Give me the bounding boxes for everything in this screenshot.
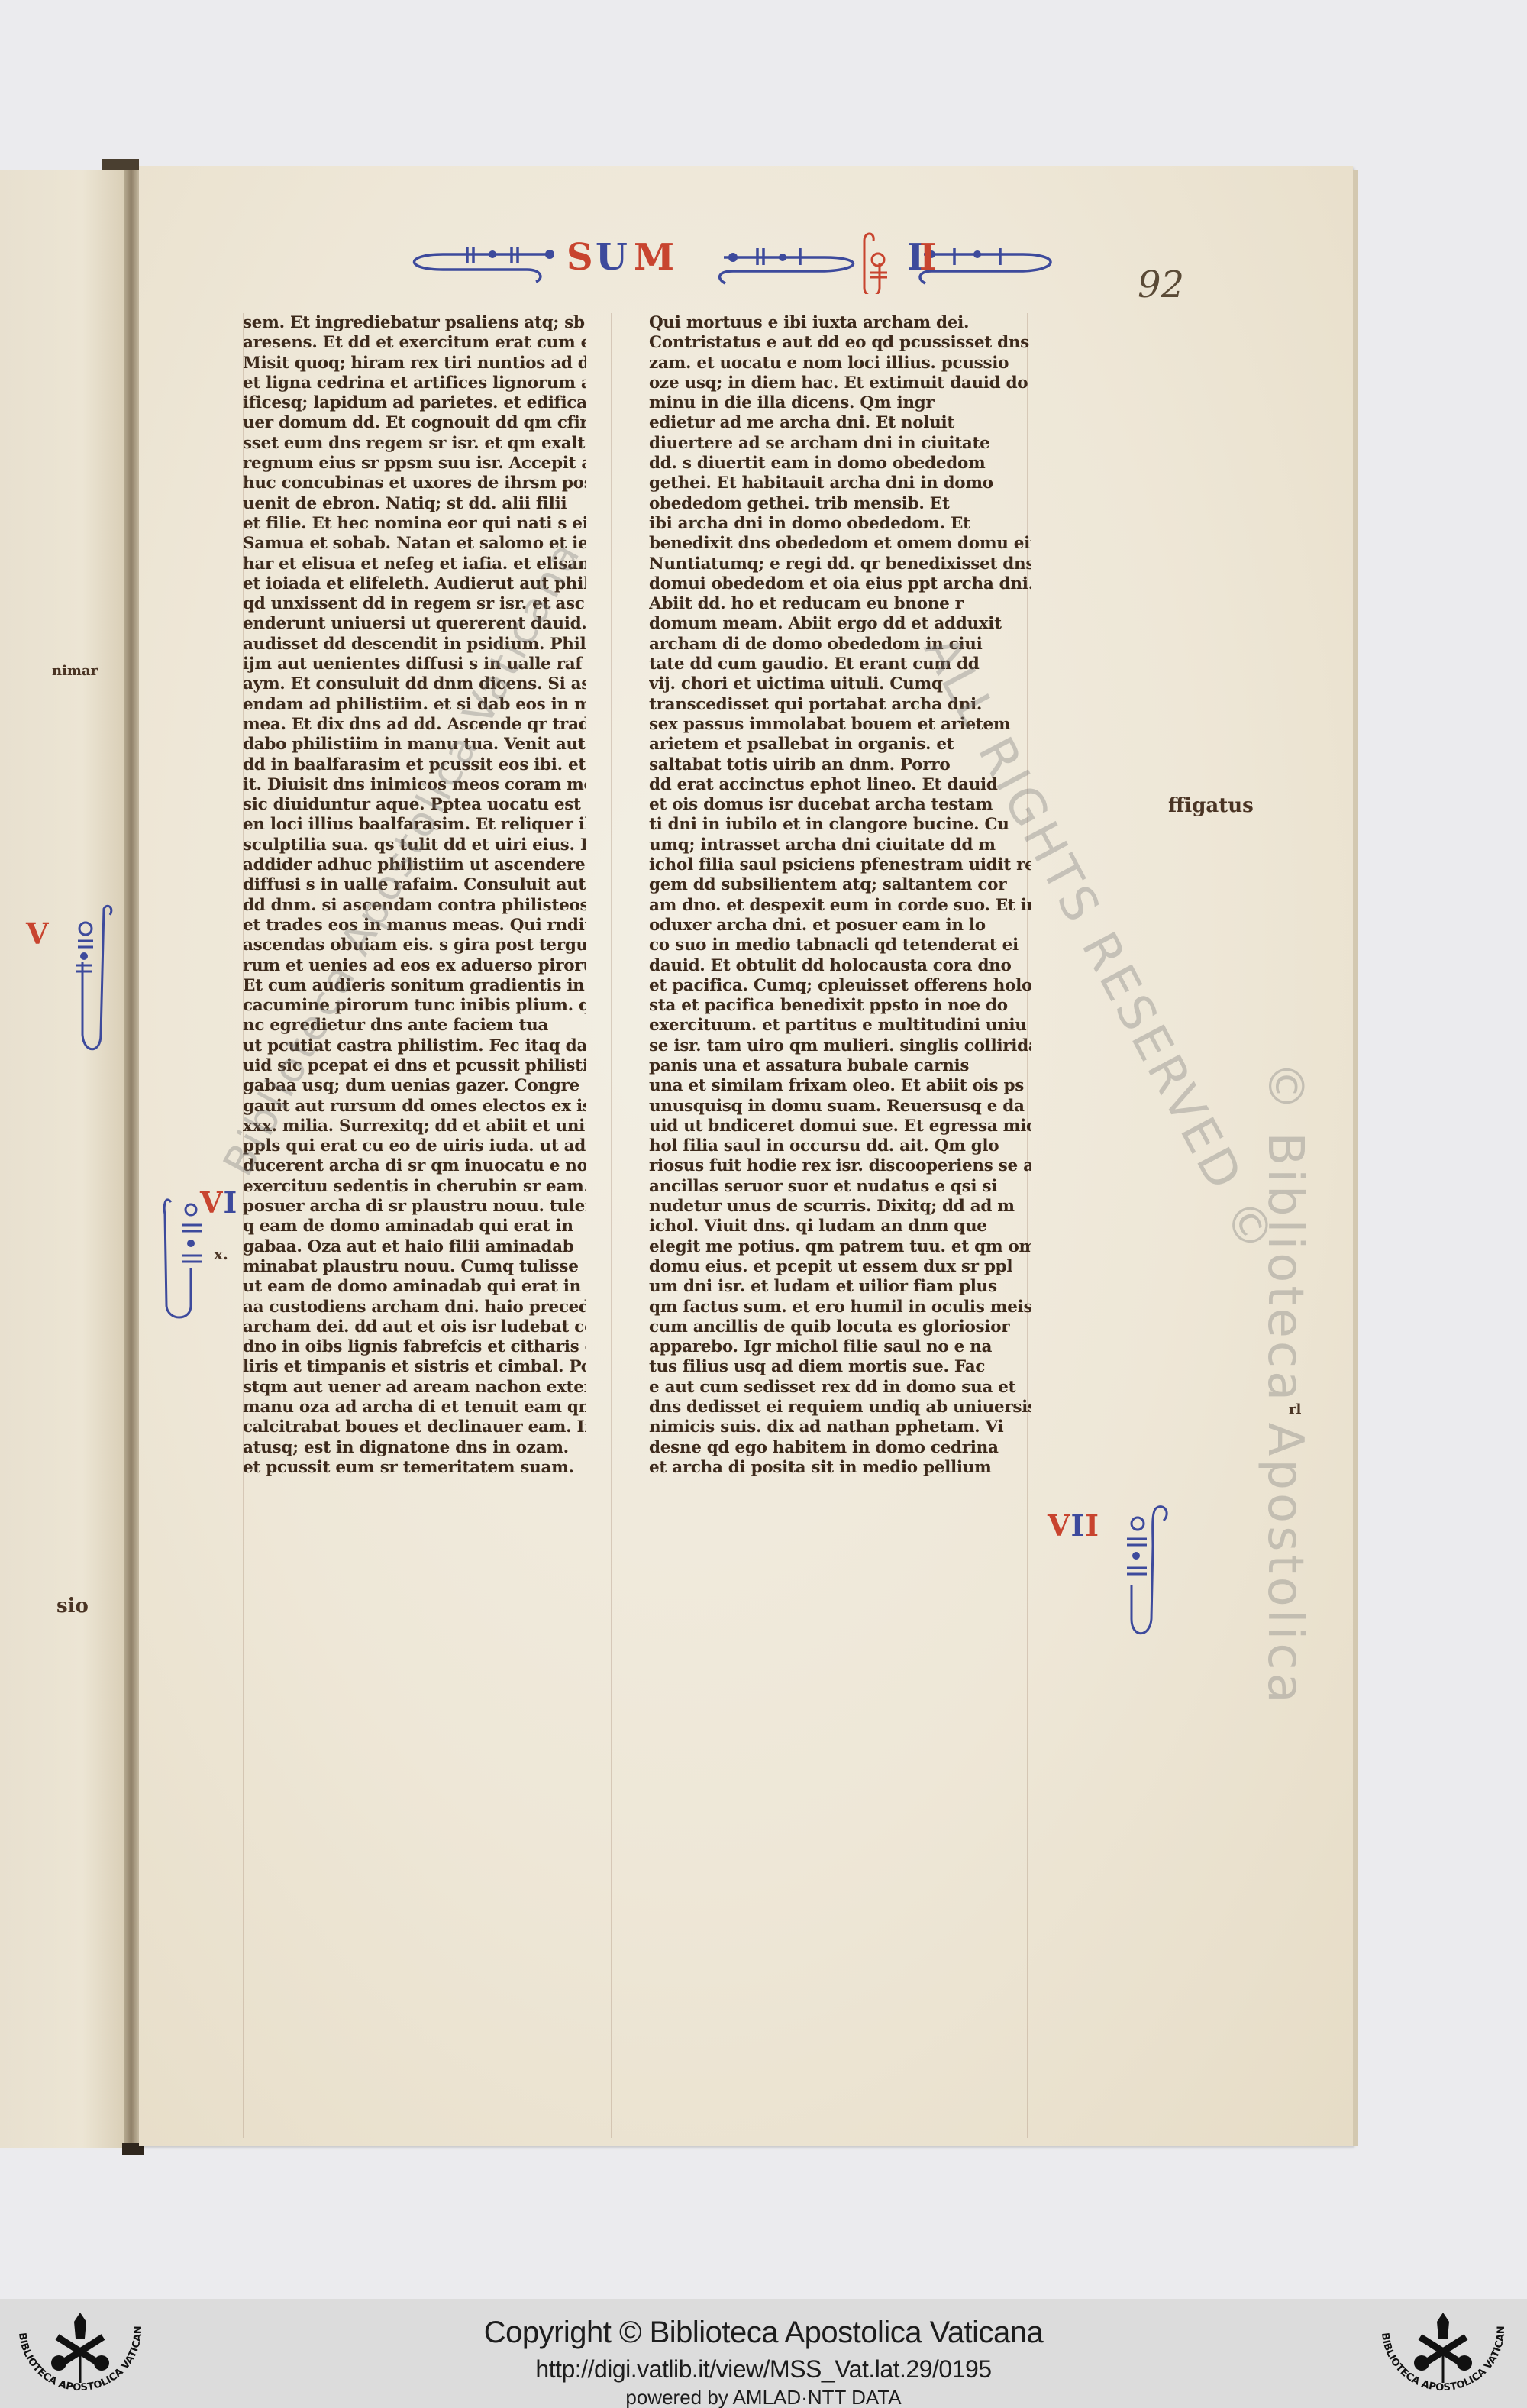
text-line: co suo in medio tabnacli qd tetenderat e… <box>649 936 1031 955</box>
text-line: ibi archa dni in domo obededom. Et <box>649 514 1031 534</box>
text-line: q eam de domo aminadab qui erat in <box>243 1217 586 1236</box>
text-line: se isr. tam uiro qm mulieri. singlis col… <box>649 1036 1031 1056</box>
text-column-left: sem. Et ingrediebatur psaliens atq; sbar… <box>243 313 586 1478</box>
text-line: aa custodiens archam dni. haio precedeba <box>243 1298 586 1317</box>
text-line: Et cum audieris sonitum gradientis in <box>243 976 586 996</box>
ruling-line <box>611 313 612 2138</box>
text-line: domu eius. et pcepit ut essem dux sr ppl <box>649 1257 1031 1277</box>
flourish-icon <box>1121 1501 1174 1638</box>
text-line: benedixit dns obededom et omem domu eius <box>649 534 1031 554</box>
header-text-su: S <box>567 236 593 279</box>
text-line: ichol. Viuit dns. qi ludam an dnm que <box>649 1217 1031 1236</box>
text-line: Qui mortuus e ibi iuxta archam dei. <box>649 313 1031 333</box>
text-line: um dni isr. et ludam et uilior fiam plus <box>649 1277 1031 1297</box>
text-line: nudetur unus de scurris. Dixitq; dd ad m <box>649 1197 1031 1217</box>
text-line: unusquisq in domu suam. Reuersusq e da <box>649 1097 1031 1117</box>
text-line: umq; intrasset archa dni ciuitate dd m <box>649 836 1031 855</box>
text-line: dd. s diuertit eam in domo obededom <box>649 454 1031 474</box>
text-line: cum ancillis de quib locuta es gloriosio… <box>649 1317 1031 1337</box>
text-line: posuer archa di sr plaustru nouu. tuler <box>243 1197 586 1217</box>
text-line: huc concubinas et uxores de ihrsm postqm <box>243 474 586 493</box>
text-line: et pcussit eum sr temeritatem suam. <box>243 1458 586 1478</box>
manuscript-viewer: nimar sio V <box>0 0 1527 2299</box>
text-line: e aut cum sedisset rex dd in domo sua et <box>649 1378 1031 1398</box>
text-line: dns dedisset ei requiem undiq ab uniuers… <box>649 1398 1031 1417</box>
text-line: elegit me potius. qm patrem tuu. et qm o… <box>649 1237 1031 1257</box>
left-page-note: sio <box>56 1595 89 1618</box>
text-line: et ligna cedrina et artifices lignorum a… <box>243 373 586 393</box>
margin-mark: x. <box>214 1245 228 1263</box>
text-line: exercituu sedentis in cherubin sr eam. E… <box>243 1177 586 1197</box>
text-line: Nuntiatumq; e regi dd. qr benedixisset d… <box>649 554 1031 574</box>
text-line: gabaa. Oza aut et haio filii aminadab <box>243 1237 586 1257</box>
text-line: ascendas obuiam eis. s gira post tergum … <box>243 936 586 955</box>
folio-number: 92 <box>1138 263 1184 306</box>
right-margin-note: ffigatus <box>1168 794 1254 817</box>
chapter-number-vii: VII <box>1048 1508 1099 1543</box>
ruling-line <box>638 313 638 2138</box>
text-line: gethei. Et habitauit archa dni in domo <box>649 474 1031 493</box>
text-line: uer domum dd. Et cognouit dd qm cfirma <box>243 413 586 433</box>
text-line: ducerent archa di sr qm inuocatu e nome <box>243 1156 586 1176</box>
text-line: riosus fuit hodie rex isr. discooperiens… <box>649 1156 1031 1176</box>
vatican-library-logo-icon: BIBLIOTECA APOSTOLICA VATICANA <box>4 2306 157 2406</box>
text-line: et pacifica. Cumq; cpleuisset offerens h… <box>649 976 1031 996</box>
text-line: panis una et assatura bubale carnis <box>649 1056 1031 1076</box>
text-line: dauid. Et obtulit dd holocausta cora dno <box>649 956 1031 976</box>
text-line: tus filius usq ad diem mortis sue. Fac <box>649 1357 1031 1377</box>
text-line: dd erat accinctus ephot lineo. Et dauid <box>649 775 1031 795</box>
text-line: ppls qui erat cu eo de uiris iuda. ut ad <box>243 1136 586 1156</box>
text-line: Misit quoq; hiram rex tiri nuntios ad da… <box>243 354 586 373</box>
copyright-footer: Copyright © Biblioteca Apostolica Vatica… <box>0 2299 1527 2408</box>
text-line: liris et timpanis et sistris et cimbal. … <box>243 1357 586 1377</box>
text-line: sta et pacifica benedixit ppsto in noe d… <box>649 996 1031 1016</box>
text-line: oze usq; in diem hac. Et extimuit dauid … <box>649 373 1031 393</box>
text-line: sem. Et ingrediebatur psaliens atq; sb <box>243 313 586 333</box>
svg-text:U: U <box>596 236 628 279</box>
text-line: atusq; est in dignatone dns in ozam. <box>243 1438 586 1458</box>
running-header: S U M I I <box>397 225 1069 294</box>
text-line: et ois domus isr ducebat archa testam <box>649 795 1031 815</box>
text-line: apparebo. Igr michol filie saul no e na <box>649 1337 1031 1357</box>
text-line: diuertere ad se archam dni in ciuitate <box>649 434 1031 454</box>
text-line: zam. et uocatu e nom loci illius. pcussi… <box>649 354 1031 373</box>
text-line: oduxer archa dni. et posuer eam in lo <box>649 916 1031 936</box>
text-line: et trades eos in manus meas. Qui rndit. … <box>243 916 586 936</box>
svg-text:I: I <box>919 236 936 279</box>
text-line: sset eum dns regem sr isr. et qm exaltas… <box>243 434 586 454</box>
text-line: Samua et sobab. Natan et salomo et ieb <box>243 534 586 554</box>
text-line: domum meam. Abiit ergo dd et adduxit <box>649 614 1031 634</box>
text-line: dno in oibs lignis fabrefcis et citharis… <box>243 1337 586 1357</box>
vatican-library-logo-icon: BIBLIOTECA APOSTOLICA VATICANA <box>1367 2306 1519 2406</box>
text-line: uenit de ebron. Natiq; st dd. alii filii <box>243 494 586 514</box>
left-page-note: nimar <box>52 663 98 679</box>
text-column-right: Qui mortuus e ibi iuxta archam dei.Contr… <box>649 313 1031 1478</box>
text-line: exercituum. et partitus e multitudini un… <box>649 1016 1031 1036</box>
text-line: am dno. et despexit eum in corde suo. Et… <box>649 896 1031 916</box>
text-line: una et similam frixam oleo. Et abiit ois… <box>649 1076 1031 1096</box>
text-line: aresens. Et dd et exercitum erat cum eo. <box>243 333 586 353</box>
text-line: et archa di posita sit in medio pellium <box>649 1458 1031 1478</box>
powered-by-text: powered by AMLAD·NTT DATA <box>0 2386 1527 2408</box>
page-edge <box>1353 170 1358 2146</box>
left-page-edge <box>0 170 137 2148</box>
text-line: mea. Et dix dns ad dd. Ascende qr traden… <box>243 715 586 735</box>
text-line: rum et uenies ad eos ex aduerso pirorum. <box>243 956 586 976</box>
text-line: desne qd ego habitem in domo cedrina <box>649 1438 1031 1458</box>
flourish-icon <box>160 1191 203 1321</box>
text-line: edietur ad me archa dni. Et noluit <box>649 413 1031 433</box>
text-line: gem dd subsilientem atq; saltantem cor <box>649 875 1031 895</box>
text-line: manu oza ad archa di et tenuit eam qm <box>243 1398 586 1417</box>
text-line: ancillas seruor suor et nudatus e qsi si <box>649 1177 1031 1197</box>
chapter-number-v: V <box>26 916 49 951</box>
watermark-text: © Biblioteca Apostolica <box>1257 1062 1313 1706</box>
text-line: calcitrabat boues et declinauer eam. Ir <box>243 1417 586 1437</box>
text-line: dd dnm. si ascendam contra philisteos <box>243 896 586 916</box>
text-line: minabat plaustru nouu. Cumq tulisse <box>243 1257 586 1277</box>
text-line: regnum eius sr ppsm suu isr. Accepit ad <box>243 454 586 474</box>
text-line: aym. Et consuluit dd dnm dicens. Si asc <box>243 674 586 694</box>
svg-text:M: M <box>634 236 674 279</box>
text-line: ut eam de domo aminadab qui erat in gab <box>243 1277 586 1297</box>
text-line: xxx. milia. Surrexitq; dd et abiit et un… <box>243 1117 586 1136</box>
text-line: Abiit dd. ho et reducam eu bnone r <box>649 594 1031 614</box>
text-line: domui obededom et oia eius ppt archa dni… <box>649 574 1031 594</box>
header-flourish-icon: S U M I I <box>397 225 1069 294</box>
text-line: dd in baalfarasim et pcussit eos ibi. et… <box>243 755 586 775</box>
text-line: ificesq; lapidum ad parietes. et edifica <box>243 393 586 413</box>
text-line: stqm aut uener ad aream nachon extendit <box>243 1378 586 1398</box>
text-line: Contristatus e aut dd eo qd pcussisset d… <box>649 333 1031 353</box>
text-line: dabo philistiim in manu tua. Venit aut <box>243 735 586 755</box>
text-line: ichol filia saul psiciens pfenestram uid… <box>649 855 1031 875</box>
book-gutter <box>124 170 140 2148</box>
manuscript-url[interactable]: http://digi.vatlib.it/view/MSS_Vat.lat.2… <box>0 2355 1527 2384</box>
chapter-number-vi: VI <box>200 1185 237 1220</box>
text-line: endam ad philistiim. et si dab eos in ma… <box>243 695 586 715</box>
text-line: archam dei. dd aut et ois isr ludebat co… <box>243 1317 586 1337</box>
text-line: uid ut bndiceret domui sue. Et egressa m… <box>649 1117 1031 1136</box>
text-line: ti dni in iubilo et in clangore bucine. … <box>649 815 1031 835</box>
text-line: hol filia saul in occursu dd. ait. Qm gl… <box>649 1136 1031 1156</box>
text-line: et filie. Et hec nomina eor qui nati s e… <box>243 514 586 534</box>
text-line: nimicis suis. dix ad nathan pphetam. Vi <box>649 1417 1031 1437</box>
text-line: obededom gethei. trib mensib. Et <box>649 494 1031 514</box>
binding-strap-top <box>102 159 139 170</box>
flourish-icon <box>70 901 116 1054</box>
text-line: qm factus sum. et ero humil in oculis me… <box>649 1298 1031 1317</box>
copyright-text: Copyright © Biblioteca Apostolica Vatica… <box>0 2316 1527 2350</box>
text-line: minu in die illa dicens. Qm ingr <box>649 393 1031 413</box>
